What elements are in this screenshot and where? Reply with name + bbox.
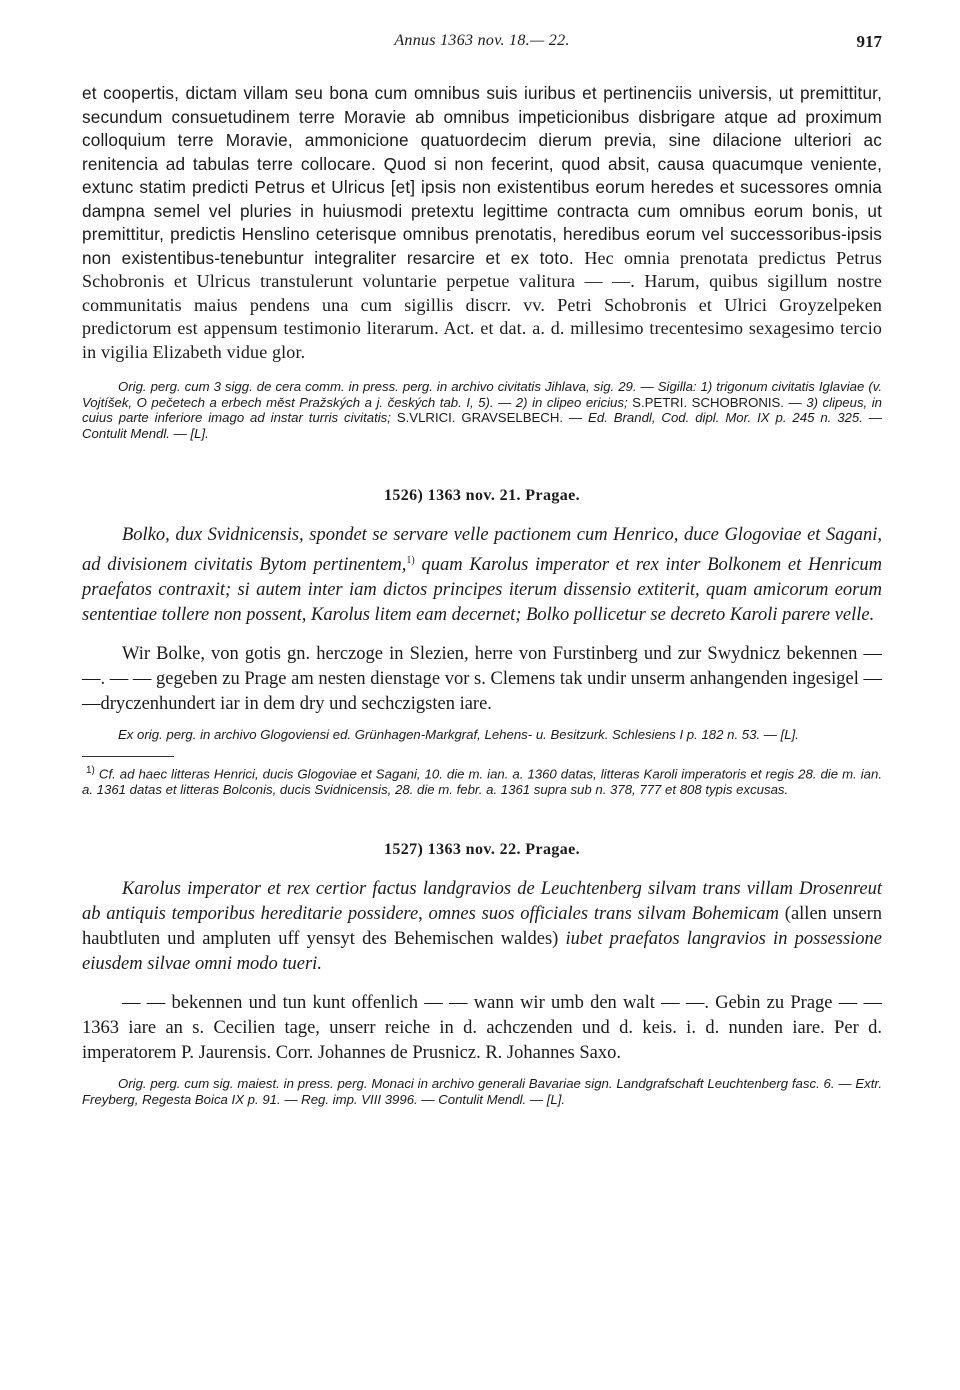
footnote: 1) Cf. ad haec litteras Henrici, ducis G… <box>82 763 882 797</box>
entry-regest: Karolus imperator et rex certior factus … <box>82 877 882 977</box>
running-head: Annus 1363 nov. 18.— 22. 917 <box>82 32 882 60</box>
entry-1527: 1527) 1363 nov. 22. Pragae. Karolus impe… <box>82 841 882 1107</box>
footnote-ref: 1) <box>406 555 414 566</box>
seal-inscription-2: S.VLRICI. GRAVSELBECH. <box>397 410 563 425</box>
continuation-text-sans: et coopertis, dictam villam seu bona cum… <box>82 83 882 268</box>
entry-source-note: Ex orig. perg. in archivo Glogoviensi ed… <box>82 727 882 743</box>
seal-inscription-1: S.PETRI. SCHOBRONIS. <box>632 395 784 410</box>
entry-charter-text: — — bekennen und tun kunt offenlich — — … <box>82 991 882 1066</box>
entry-charter-text: Wir Bolke, von gotis gn. herczoge in Sle… <box>82 642 882 717</box>
running-head-title: Annus 1363 nov. 18.— 22. <box>82 32 882 50</box>
entry-regest: Bolko, dux Svidnicensis, spondet se serv… <box>82 523 882 628</box>
continuation-text: et coopertis, dictam villam seu bona cum… <box>82 82 882 364</box>
entry-heading: 1526) 1363 nov. 21. Pragae. <box>82 487 882 505</box>
page-number: 917 <box>857 32 883 52</box>
entry-heading: 1527) 1363 nov. 22. Pragae. <box>82 841 882 859</box>
document-page: Annus 1363 nov. 18.— 22. 917 et cooperti… <box>82 32 882 1120</box>
entry-source-note: Orig. perg. cum sig. maiest. in press. p… <box>82 1076 882 1107</box>
entry-1526: 1526) 1363 nov. 21. Pragae. Bolko, dux S… <box>82 487 882 797</box>
footnote-divider <box>82 756 174 757</box>
continuation-source-note: Orig. perg. cum 3 sigg. de cera comm. in… <box>82 379 882 441</box>
